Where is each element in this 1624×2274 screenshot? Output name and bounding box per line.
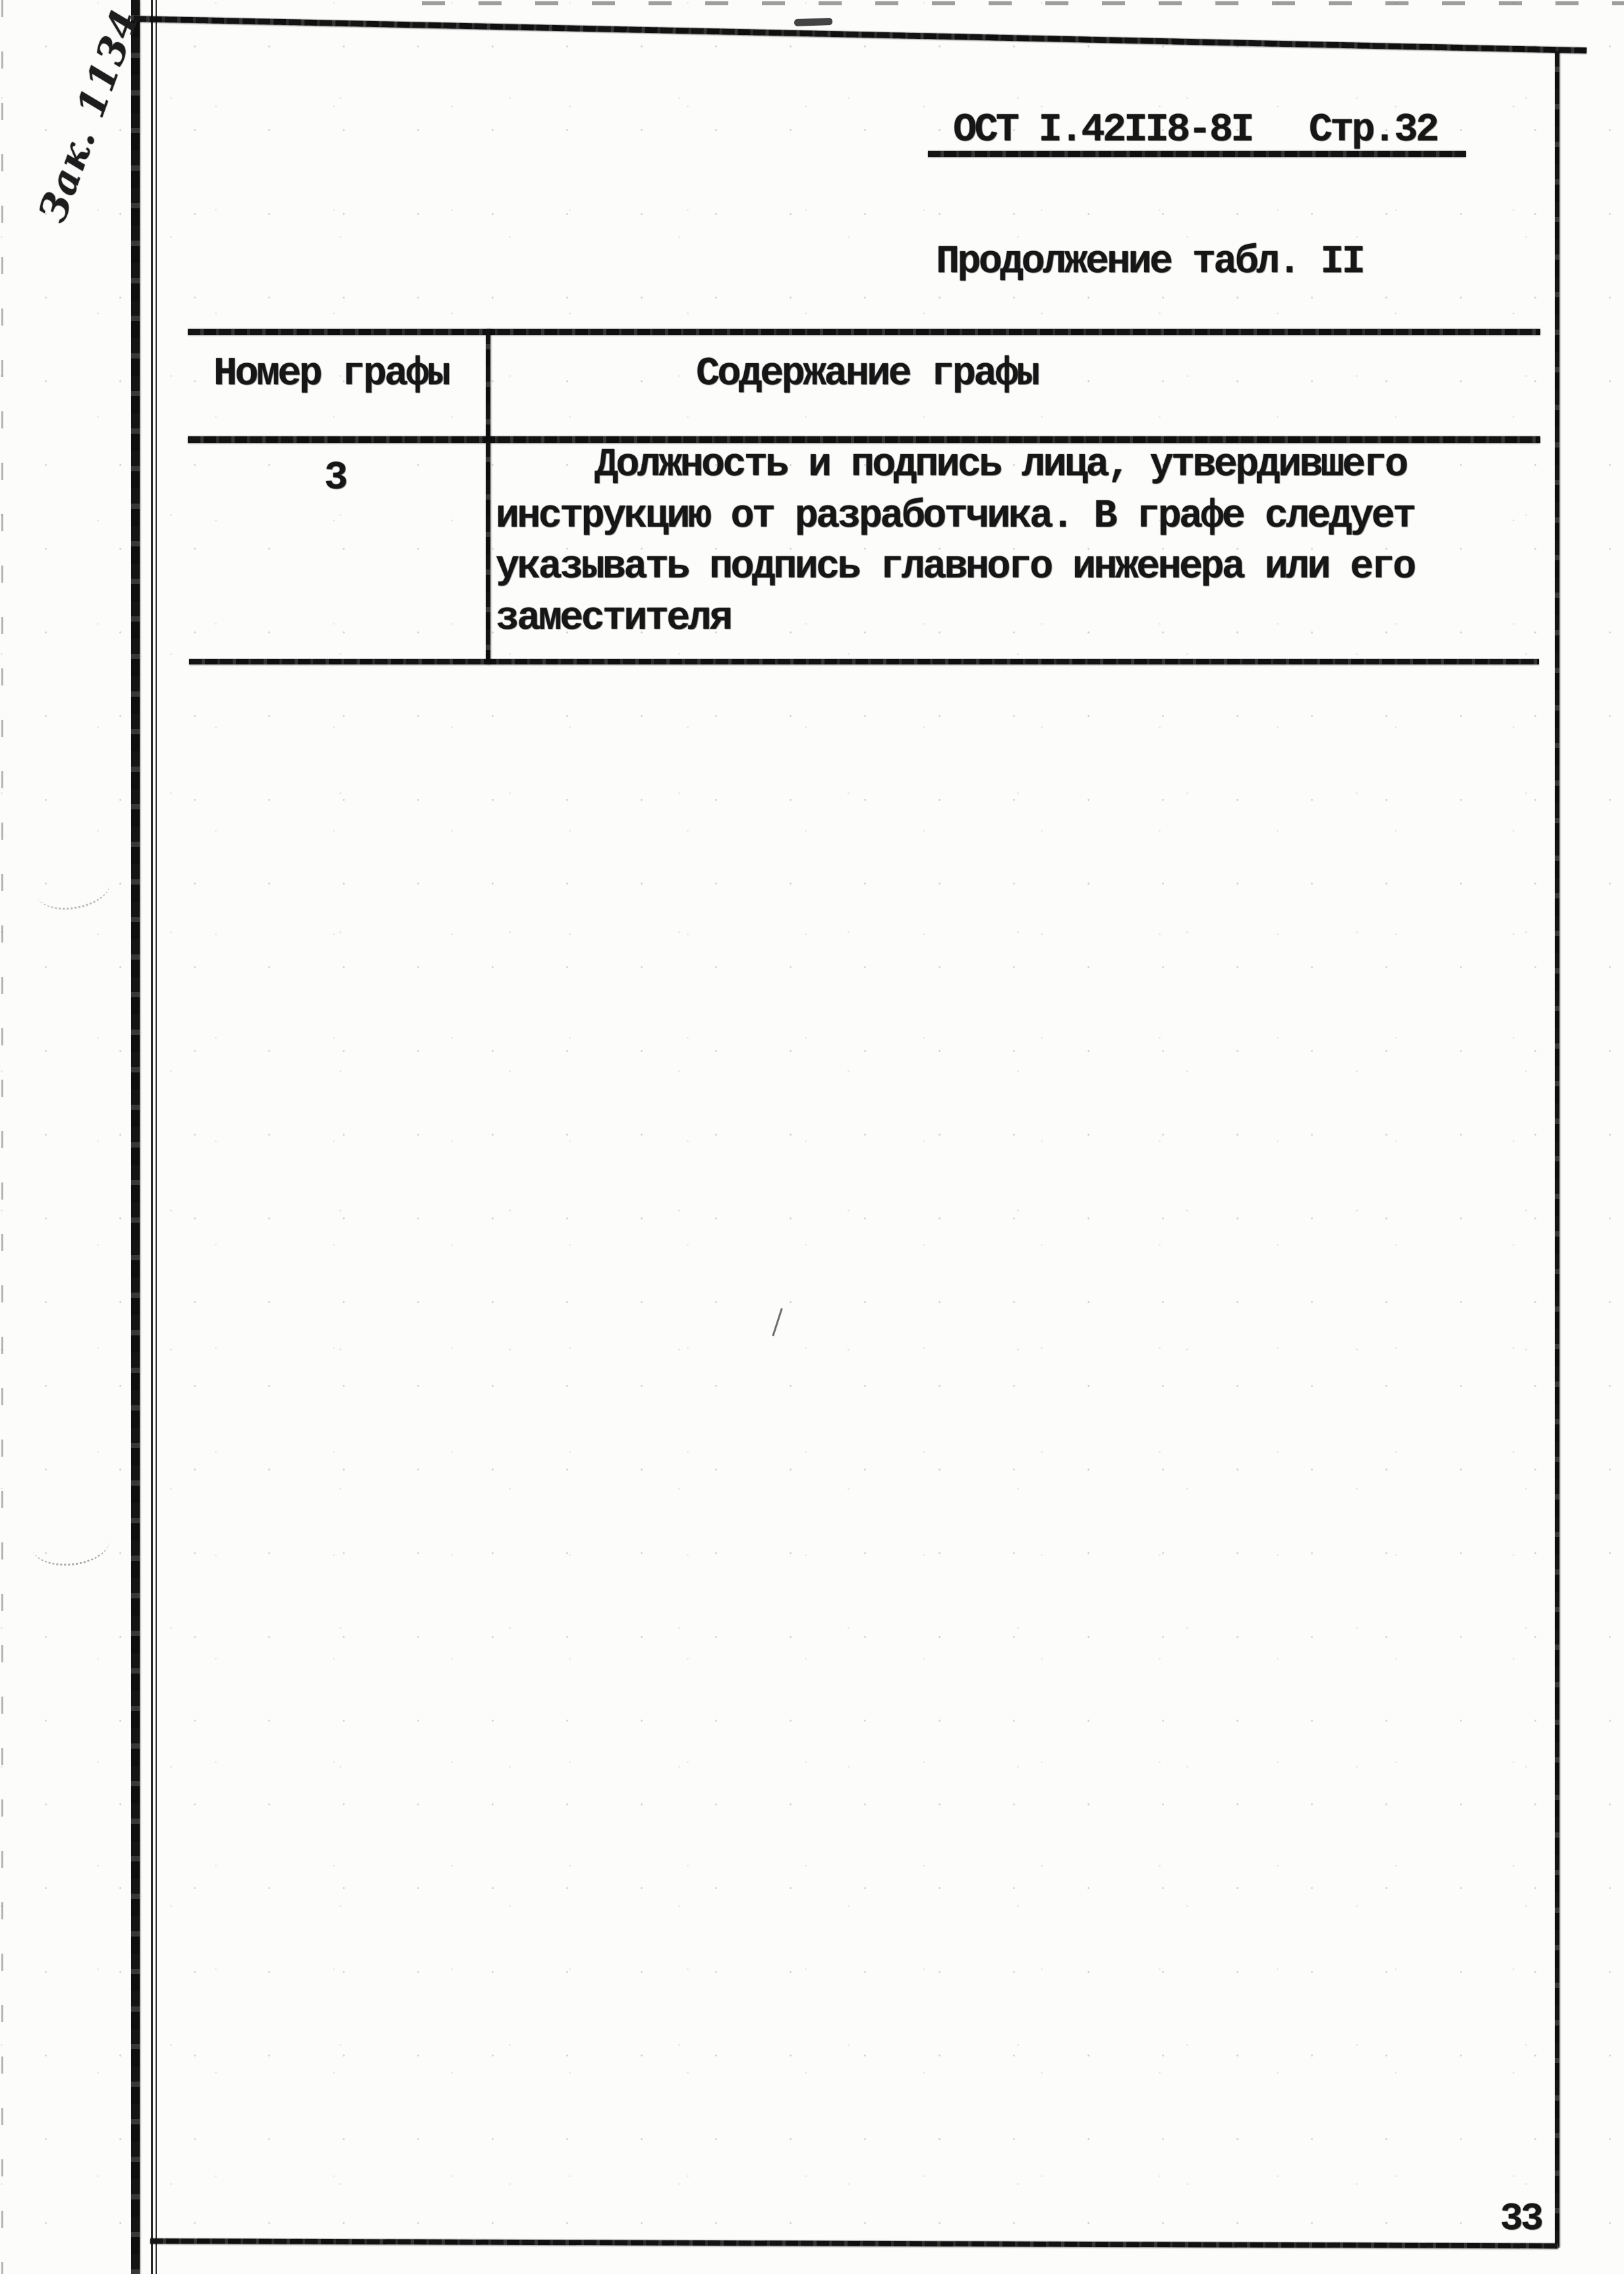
table-continuation-caption: Продолжение табл. II (936, 243, 1363, 282)
table-border-bottom (189, 659, 1539, 664)
binding-margin-line-thick (131, 0, 140, 2274)
content-line: заместителя (496, 594, 1445, 645)
page-frame-bottom (150, 2238, 1558, 2248)
content-line: указывать подпись главного инженера или … (496, 542, 1445, 594)
row-cell-column-number: 3 (324, 459, 345, 498)
content-line: Должность и подпись лица, утвердившего (496, 440, 1445, 492)
row-cell-content-text: Должность и подпись лица, утвердившего и… (496, 440, 1445, 645)
page-frame-right (1555, 51, 1559, 2248)
table-border-top (188, 329, 1540, 335)
header-underline (928, 151, 1466, 157)
content-line: инструкцию от разработчика. В графе след… (496, 492, 1445, 543)
stray-slash-mark (772, 1308, 782, 1337)
scan-edge-noise-top (422, 1, 1624, 5)
table-column-divider (486, 329, 490, 664)
scanned-document-page: Зак. 1134 ОСТ I.42II8-8IСтр.32 Продолжен… (0, 0, 1624, 2274)
document-reference-header: ОСТ I.42II8-8IСтр.32 (953, 111, 1437, 150)
pencil-arc-mark (34, 863, 113, 916)
binding-margin-line-double (151, 0, 157, 2274)
page-frame-top (134, 16, 1587, 53)
scan-edge-noise-left (1, 0, 3, 2274)
standard-number: ОСТ I.42II8-8I (953, 108, 1252, 153)
column-header-content: Содержание графы (696, 355, 1038, 394)
scan-noise-blob (794, 18, 832, 26)
column-header-number: Номер графы (214, 355, 448, 394)
pencil-arc-mark (30, 1519, 111, 1569)
sheet-number: 33 (1500, 2200, 1541, 2240)
page-reference: Стр.32 (1309, 108, 1437, 153)
